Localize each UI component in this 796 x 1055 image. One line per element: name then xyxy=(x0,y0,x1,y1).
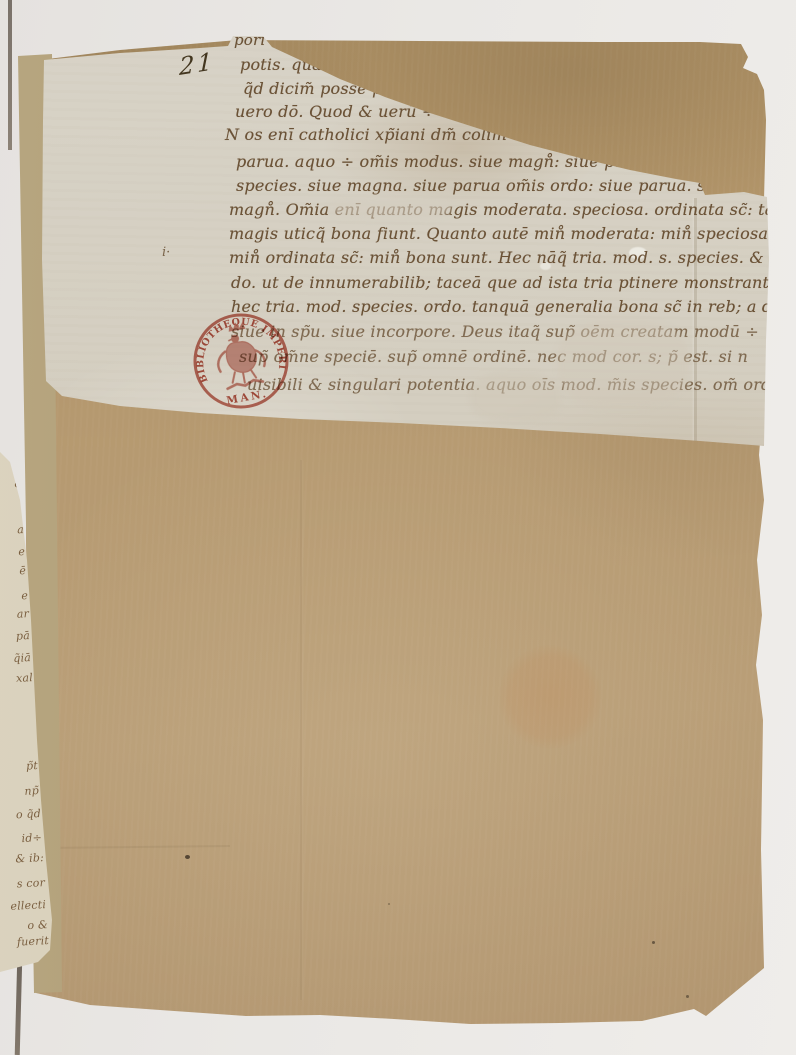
stub-text-fragment: xal xyxy=(0,671,33,686)
faded-ink-patch xyxy=(470,372,560,422)
stamp-offset-stain xyxy=(498,645,602,749)
stub-text-fragment: o q̃d xyxy=(5,807,42,822)
stub-text-fragment: pā xyxy=(0,629,30,644)
manuscript-text-line: do. ut de innumerabilib; taceā que ad is… xyxy=(231,273,788,292)
stub-text-fragment: p̃t xyxy=(2,759,39,774)
manuscript-text-line: magn̊. Om̃ia enī quanto magis moderata. … xyxy=(229,200,796,219)
binding-edge-bottom xyxy=(15,958,23,1055)
stub-text-fragment: & ib: xyxy=(8,851,45,866)
library-stamp: BIBLIOTHEQUE IMPERIALE MAN. xyxy=(181,301,301,421)
stub-text-fragment: ar xyxy=(0,607,29,622)
stub-text-fragment: ē xyxy=(0,564,26,579)
folio-number: 21 xyxy=(179,47,216,81)
stamp-bottom-text: MAN. xyxy=(226,388,270,407)
stub-text-fragment: id÷ xyxy=(6,831,43,846)
stub-text-fragment: q̃iā xyxy=(0,651,31,666)
faded-ink-patch xyxy=(558,320,688,408)
ink-speck xyxy=(185,855,190,859)
manuscript-text-line: min̊ ordinata sc̃: min̊ bona sunt. Hec n… xyxy=(229,248,787,267)
stub-text-fragment: e xyxy=(0,545,25,560)
stub-text-fragment: fuerit xyxy=(13,934,50,949)
stub-text-fragment: e xyxy=(0,477,21,492)
paper-crease-vertical xyxy=(300,460,302,1000)
ink-speck xyxy=(686,995,689,998)
manuscript-text-line: species. siue magna. siue parua om̃is or… xyxy=(236,176,731,195)
stub-text-fragment: s cor xyxy=(9,876,46,891)
stub-text-fragment: o & xyxy=(12,918,49,933)
manuscript-text-line: hec tria. mod. species. ordo. tanquā gen… xyxy=(231,297,796,316)
paper-crease-horizontal xyxy=(40,845,230,849)
faded-ink-patch xyxy=(330,196,452,220)
binding-edge-top xyxy=(8,0,12,150)
manuscript-text-line: magis uticq̃ bona fiunt. Quanto autē min… xyxy=(229,224,773,243)
stub-text-fragment: ellecti xyxy=(10,898,47,913)
stub-text-fragment: e xyxy=(0,589,28,604)
manuscript-photo: pori potis. quā dī n nu q̃d dicim̃ posse… xyxy=(0,0,796,1055)
manuscript-text-line: pori xyxy=(234,31,265,49)
ink-speck xyxy=(652,941,655,944)
stub-text-fragment: a xyxy=(0,523,24,538)
ink-speck xyxy=(388,903,390,905)
stub-text-fragment: np̃ xyxy=(3,784,40,799)
marginal-mark: i· xyxy=(162,245,170,260)
